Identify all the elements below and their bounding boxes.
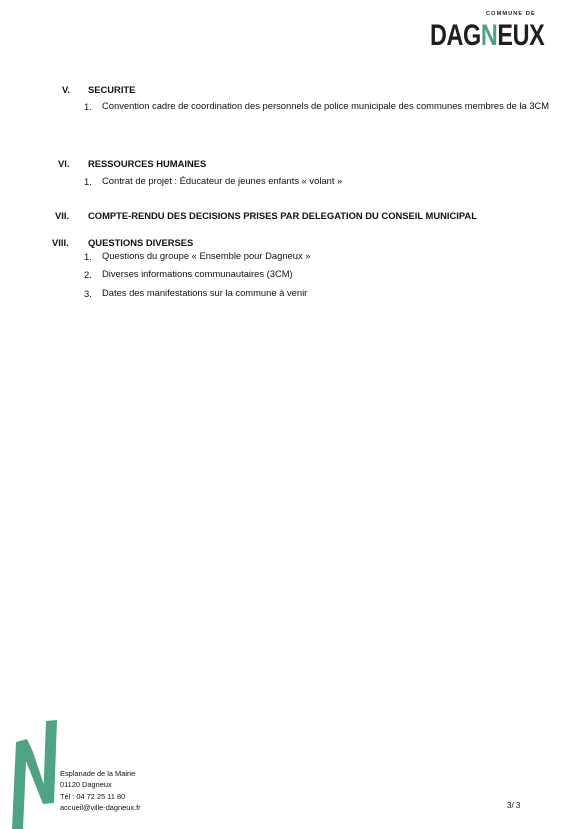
item-number: 1. [84, 251, 92, 262]
item-text: Diverses informations communautaires (3C… [102, 266, 552, 282]
address-line1: Esplanade de la Mairie [60, 768, 141, 779]
page-number: 3/ 3 [507, 801, 520, 810]
item-number: 1. [84, 101, 92, 112]
section-number: V. [62, 84, 70, 95]
item-text: Dates des manifestations sur la commune … [102, 285, 552, 301]
section-title: QUESTIONS DIVERSES [88, 237, 193, 248]
section-number: VII. [55, 210, 69, 221]
dagneux-logo: COMMUNE DE DAGNEUX [430, 8, 542, 54]
section-title: COMPTE-RENDU DES DECISIONS PRISES PAR DE… [88, 210, 477, 221]
section-title: RESSOURCES HUMAINES [88, 158, 206, 169]
email-link[interactable]: accueil@ville-dagneux.fr [60, 802, 141, 813]
address-line2: 01120 Dagneux [60, 779, 141, 790]
item-text: Questions du groupe « Ensemble pour Dagn… [102, 248, 552, 264]
logo-wordmark: DAGNEUX [430, 19, 544, 53]
section-title: SECURITE [88, 84, 135, 95]
footer-address: Esplanade de la Mairie 01120 Dagneux Tél… [60, 768, 141, 814]
logo-accent-letter: N [481, 19, 498, 52]
n-logo-graphic [10, 716, 65, 829]
section-number: VIII. [52, 237, 69, 248]
item-number: 3. [84, 288, 92, 299]
logo-commune-label: COMMUNE DE [486, 11, 536, 17]
item-number: 1. [84, 176, 92, 187]
section-number: VI. [58, 158, 69, 169]
phone-number: Tél : 04 72 25 11 80 [60, 791, 141, 802]
item-text: Contrat de projet : Éducateur de jeunes … [102, 173, 552, 189]
item-number: 2. [84, 269, 92, 280]
item-text: Convention cadre de coordination des per… [102, 98, 552, 114]
